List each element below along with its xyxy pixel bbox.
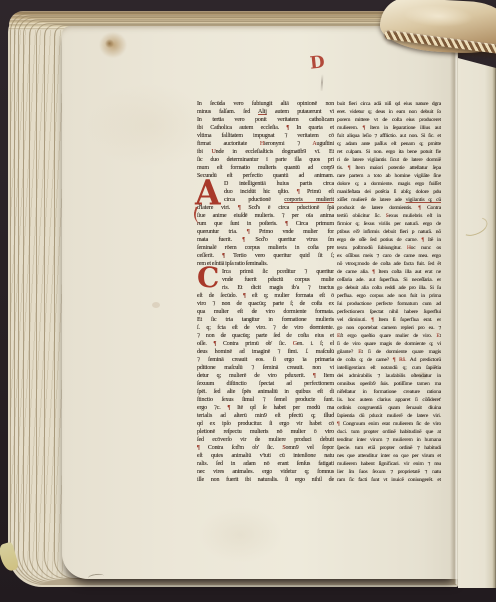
- text-line: porem mittere vt de coſta eius producere…: [337, 116, 441, 124]
- text-line: lier ſm ſuos ſexum ⁊ proprietatē ⁊ natu: [337, 468, 441, 476]
- text-line: qua mulier eſt de viro dormiente formata…: [197, 308, 334, 316]
- text-line: nec vires animales. ergo videtur q; ſomn…: [197, 468, 334, 476]
- text-line: fuit aliqua leſio ⁊ afflictio. aut non. …: [337, 132, 441, 140]
- text-line: ram ſic facti ſunt vt inuicē coniungerēt…: [337, 476, 441, 484]
- text-line: terialis ad alterū min9 eſt pfectū q; il…: [197, 412, 334, 420]
- text-line: dei admirabilis ⁊ laudabilis oſtendatur …: [337, 372, 441, 380]
- text-line: firmior q; ſexus virilis per naturā. erg…: [337, 220, 441, 228]
- text-line: ſexuum diſtinctio ſpectat ad perfectione…: [197, 380, 334, 388]
- text-line: ſiue anime eiuſdē mulieris. ⁊ per oīa an…: [197, 212, 334, 220]
- text-line: detur q; mulierē de viro pduxerit. ¶ Ite…: [197, 372, 334, 380]
- text-line: tenditur inter virum ⁊ mulierem in human…: [337, 436, 441, 444]
- text-line: mulierem habent ſignificari. vir enim ⁊ …: [337, 460, 441, 468]
- text-line: gilante? Et ſi de dormiente quare magis: [337, 348, 441, 356]
- text-line: queruntur tria. ¶ Primo vnde mulier for: [197, 228, 334, 236]
- text-line: ſed ecōverſo vir de muliere produci debu…: [197, 436, 334, 444]
- text-line: pditione maſculū ⁊ ſeminā creauit. non v…: [197, 364, 334, 372]
- text-line: ſi de viro quare magis de dormiente q; v…: [337, 340, 441, 348]
- text-line: ceſſerit. ¶ Tertio vero queritur quid ſi…: [197, 252, 334, 260]
- text-line: In tertia vero ponit veritatem catholica…: [197, 116, 334, 124]
- text-line: Eſt ergo queſtio quare mulier de viro. E…: [337, 332, 441, 340]
- text-line: rum que ſunt in poſteris. ¶ Circa primum: [197, 220, 334, 228]
- text-line: go debuit alia coſta reddi ade pro illa.…: [337, 284, 441, 292]
- text-line: ſic duo determinantur ī parte illa quos …: [197, 156, 334, 164]
- text-line: ibi Unde in eccleſiaſticis dogmatib9 vī.…: [197, 148, 334, 156]
- text-line: deus hominē ad imaginē ⁊ ſimi. ſ. maſcul…: [197, 348, 334, 356]
- text-line: ⁊ ſeminā creauit eos. ſi ergo īa primari…: [197, 356, 334, 364]
- text-line: ſpecie. tum etiā propter ordinē ⁊ habitu…: [337, 444, 441, 452]
- stain-mark-core: [105, 39, 114, 48]
- facing-page-edge: [458, 36, 496, 588]
- text-column-right: buit fieri circa adā niſi qd eius nature…: [337, 100, 441, 484]
- text-line: ret culpam. Si non. ergo ita bene potuit…: [337, 148, 441, 156]
- text-line: xiſſet mulierē de latere ade vigilantis …: [337, 196, 441, 204]
- rubricated-initial-c: C: [197, 264, 219, 291]
- text-line: ſui productione perfecte formatum cum ad: [337, 300, 441, 308]
- text-line: buit fieri circa adā niſi qd eius nature…: [337, 100, 441, 108]
- text-line: qd ex ipſo producitur. ſi ergo vir habet…: [197, 420, 334, 428]
- text-line: viro ⁊ non de quacūq; parte ſ; de coſta …: [197, 300, 334, 308]
- text-line: In ſecūda vero ſubiungit aliā opinionē n…: [197, 100, 334, 108]
- text-line: ri de latere vigilantis ſicut de latere …: [337, 156, 441, 164]
- text-line: perflua. ergo corpus ade non fuit in pri…: [337, 292, 441, 300]
- text-line: dolore q; a dormiente. magis ergo fuiſſe…: [337, 180, 441, 188]
- text-line: ptibus ei9 infirmis debuit fieri p natur…: [337, 228, 441, 236]
- text-line: ibi Catholica autem eccleſia. ¶ In quart…: [197, 124, 334, 132]
- text-line: ſeminalē rōem corpus mulieris in coſta p…: [197, 244, 334, 252]
- text-line: ralis. ſed in adam nō erant ſenſus fatig…: [197, 460, 334, 468]
- rubricated-initial-a: A: [195, 176, 221, 208]
- text-line: tis. ¶ Item maiori potentie atteſtatur ſ…: [337, 164, 441, 172]
- text-line: ¶ Congruum enim erat mulierem ſic de vir…: [337, 420, 441, 428]
- text-line: ⁊ non de quacūq; parte ſed de coſta eius…: [197, 332, 334, 340]
- text-line: omnibus operib9 ſuis. potiſſime tamen ma: [337, 380, 441, 388]
- text-line: Et ſic tria tangitur in formatione mulie…: [197, 316, 334, 324]
- text-line: perfectionem ſpectat nihil habere ſuperf…: [337, 308, 441, 316]
- text-line: rare partem a toto ab homine vigilāte ſi…: [337, 172, 441, 180]
- text-line: vel diminuti. ¶ Item ſi ſuperflua erat. …: [337, 316, 441, 324]
- text-line: q; adam ante paſſus eſt penam q; pmitte: [337, 140, 441, 148]
- text-line: lis. hoc autem clarius apparet ſi cōſide…: [337, 396, 441, 404]
- text-line: de coſta q; de carne? ¶ Rñ. Ad predictor…: [337, 356, 441, 364]
- text-line: intelligentiam eſt notandū q; cum ſapiēt…: [337, 364, 441, 372]
- text-line: ceſſaria ade. aut ſuperflua. Si neceſſar…: [337, 276, 441, 284]
- text-line: ex oſſibus meis ⁊ caro de carne mea. erg…: [337, 252, 441, 260]
- text-line: ſ. q; fcta eſt de viro. ⁊ de viro dormie…: [197, 324, 334, 332]
- text-line: ¶ Contra ſcd'm ob' ſic. Somn9 vel ſopor: [197, 444, 334, 452]
- text-line: de carne alia. ¶ Item coſta illa aut era…: [337, 268, 441, 276]
- text-line: mum eſt formatio mulieris quantū ad corp…: [197, 164, 334, 172]
- text-line: minus falſam. ſed Alij autem putauerunt …: [197, 108, 334, 116]
- text-line: nes que attenditur inter ea que per viru…: [337, 452, 441, 460]
- text-line: mulierem. ¶ Item in ſeparatione illius a…: [337, 124, 441, 132]
- text-line: tertiū obiicitur ſic. Sexus muliebris eſ…: [337, 212, 441, 220]
- text-line: eſt quies animaliū v'tuti cū intenſione …: [197, 452, 334, 460]
- text-line: ille non fuerit ibi naturalis. ſi ergo n…: [197, 476, 334, 484]
- text-line: oſſe. ¶ Contra primū ob' ſic. Gen. i. ſ;…: [197, 340, 334, 348]
- text-line: textu poſtmodū ſubiungitur. Hoc nunc os: [337, 244, 441, 252]
- text-line: ergo de oſſe ſed potius de carne. ¶ Itē …: [337, 236, 441, 244]
- text-line: ſpēi. ſed alie ſpēs animaliū in quibus e…: [197, 388, 334, 396]
- text-line: ſtinctio ſexus ſimul ⁊ ſemel producte ſu…: [197, 396, 334, 404]
- text-line: ergo ⁊c. ¶ Itē qd ſe habet per modū ma: [197, 404, 334, 412]
- text-line: duci. tum propter ordinē habitudinē que …: [337, 428, 441, 436]
- text-line: nō vtroq;modo de coſta ade facta fuit. ſ…: [337, 260, 441, 268]
- foxing-spot: [152, 302, 160, 308]
- text-line: pletionē reſpectu mulieris nō mulier ō v…: [197, 428, 334, 436]
- text-line: eret. videtur q; deus in eam non debuit …: [337, 108, 441, 116]
- text-line: vltima falſitatem impugnat ⁊ veritatem c…: [197, 132, 334, 140]
- text-line: ſapientia dū pduxit mulierē de latere vi…: [337, 412, 441, 420]
- text-line: firmat auctoritate Hieronymi ⁊ Auguſtini: [197, 140, 334, 148]
- text-line: produxit de latere dormientis. ¶ Contra: [337, 204, 441, 212]
- text-line: ordinis congruentiā quam ſeruauit diuina: [337, 404, 441, 412]
- text-line: mata fuerit. ¶ Scd'o queritur vtrus ſm: [197, 236, 334, 244]
- quire-signature-mark: D: [309, 54, 325, 72]
- photographed-book: D In ſecūda vero ſubiungit aliā opinionē…: [0, 0, 496, 602]
- text-line: manifeſtata dei potētia ſi abſq; dolore …: [337, 188, 441, 196]
- text-line: go non oportebat carnem repleri pro ea. …: [337, 324, 441, 332]
- text-line: nifeſtatur in formatione creature ration…: [337, 388, 441, 396]
